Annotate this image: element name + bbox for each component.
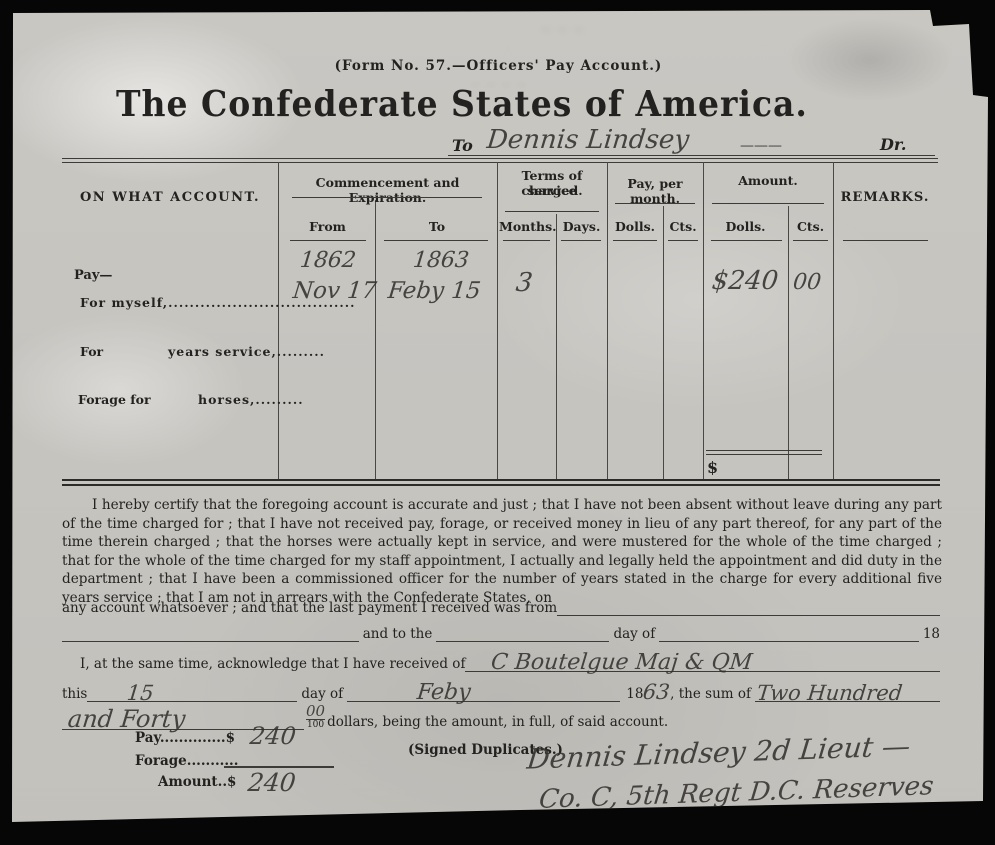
row-label-years-service: years service,......... [168,344,325,359]
col-header-months: Months. [499,219,554,234]
total-dollar-sign: $ [707,458,718,477]
row-label-horses: horses,......... [198,392,304,407]
this-text: this [62,686,87,702]
blank-line [436,640,609,642]
header-underrule [615,203,695,204]
sum-words-line: and Forty 00 100 dollars, being the amou… [62,708,940,730]
blank-line [62,640,359,642]
subheader-underrule [561,240,601,241]
cents-num-handwritten: 00 [306,704,325,719]
subheader-underrule [290,240,366,241]
blank-line: 15 [87,700,297,702]
blank-line [659,640,919,642]
to-line-underline [448,155,935,156]
sum-of-text: , the sum of [670,686,751,702]
col-header-terms-2: charged. [499,183,605,198]
summary-amount-label: Amount..$ [158,774,236,790]
row-label-pay: Pay— [74,268,112,283]
year-printed-text: 18 [626,686,643,702]
col-header-pay-month: Pay, per month. [609,176,701,206]
row-label-for: For [80,344,103,359]
and-to-the-line: and to the day of 18 [62,624,940,642]
row-label-forage-for: Forage for [78,392,151,407]
header-underrule [292,197,482,198]
subheader-underrule [384,240,488,241]
table-vertical-rule [556,214,557,481]
blank-line: C Boutelgue Maj & QM [465,670,940,672]
dollars-text: dollars, being the amount, in full, of s… [327,714,668,730]
blank-line: Feby [347,700,620,702]
blank-line: Two Hundred [755,700,940,702]
header-underrule [505,211,599,212]
col-header-account: ON WHAT ACCOUNT. [62,190,278,205]
summary-forage-label: Forage........... [135,753,238,769]
year-18-text: 18 [923,626,940,642]
to-label: To [452,136,473,155]
table-vertical-rule [833,162,834,481]
col-header-amount: Amount. [705,173,831,188]
subheader-underrule [503,240,550,241]
col-header-dolls-amt: Dolls. [705,219,786,234]
acknowledge-line: I, at the same time, acknowledge that I … [62,652,940,672]
subheader-underrule [843,240,928,241]
blank-line [557,614,940,616]
form-number-line: (Form No. 57.—Officers' Pay Account.) [62,58,935,74]
header-underrule [712,203,824,204]
this-day-line: this 15 day of Feby 18 63 , the sum of T… [62,682,940,702]
col-header-from: From [282,219,373,234]
subheader-underrule [668,240,698,241]
table-vertical-rule [375,200,376,481]
subheader-underrule [793,240,828,241]
page-title: The Confederate States of America. [116,82,808,124]
day-of-text-2: day of [301,686,343,702]
sum-words-2-handwritten: and Forty [67,705,187,733]
cents-fraction: 00 100 [306,704,325,730]
summary-pay-value-handwritten: 240 [249,722,298,750]
to-line-dash: ——— [740,138,782,154]
col-header-days: Days. [558,219,605,234]
scanned-document: ~ ~ ~ ~ ~ ~ ~ (Form No. 57.—Officers' Pa… [0,0,995,845]
to-year-handwritten: 1863 [412,248,471,273]
amount-cts-handwritten: 00 [792,270,823,295]
paper-sheet: ~ ~ ~ ~ ~ ~ ~ (Form No. 57.—Officers' Pa… [0,0,995,845]
table-vertical-rule [788,206,789,481]
month-handwritten: Feby [416,680,472,705]
sum-words-1-handwritten: Two Hundred [756,681,904,705]
day-number-handwritten: 15 [126,681,155,705]
certification-paragraph: I hereby certify that the foregoing acco… [62,496,942,608]
table-top-rule [62,158,938,163]
signature-line1-handwritten: Dennis Lindsey 2d Lieut — [525,729,912,775]
dr-label: Dr. [880,135,906,154]
signature-line2-handwritten: Co. C, 5th Regt D.C. Reserves [538,771,936,815]
table-vertical-rule [607,162,608,481]
months-value-handwritten: 3 [514,268,534,298]
payee-name-handwritten: Dennis Lindsey [485,125,690,155]
col-header-commencement: Commencement and Expiration. [282,175,493,205]
table-bottom-rule [62,479,940,486]
col-header-cts-amt: Cts. [790,219,831,234]
table-vertical-rule [703,162,704,481]
day-of-text: day of [613,626,655,642]
summary-pay-label: Pay..............$ [135,730,235,746]
bleed-through-spot: ~ ~ ~ [540,22,585,38]
last-payment-text: any account whatsoever ; and that the la… [62,600,557,616]
amount-dolls-handwritten: $240 [710,266,779,296]
received-of-value-handwritten: C Boutelgue Maj & QM [490,650,754,675]
from-date-handwritten: Nov 17 [292,278,378,304]
col-header-dolls-pay: Dolls. [609,219,661,234]
last-payment-line: any account whatsoever ; and that the la… [62,598,940,616]
subheader-underrule [711,240,782,241]
subheader-underrule [613,240,657,241]
table-vertical-rule [663,206,664,481]
summary-amount-value-handwritten: 240 [246,768,297,797]
col-header-remarks: REMARKS. [835,190,935,205]
acknowledge-text: I, at the same time, acknowledge that I … [62,656,465,672]
year-value-handwritten: 63 [642,680,671,704]
table-vertical-rule [278,162,279,481]
col-header-to: To [379,219,495,234]
col-header-cts-pay: Cts. [665,219,701,234]
cents-den-text: 100 [306,719,325,730]
and-to-the-text: and to the [363,626,433,642]
from-year-handwritten: 1862 [299,248,358,273]
amount-total-rule [706,450,822,455]
table-vertical-rule [497,162,498,481]
to-date-handwritten: Feby 15 [387,278,482,304]
